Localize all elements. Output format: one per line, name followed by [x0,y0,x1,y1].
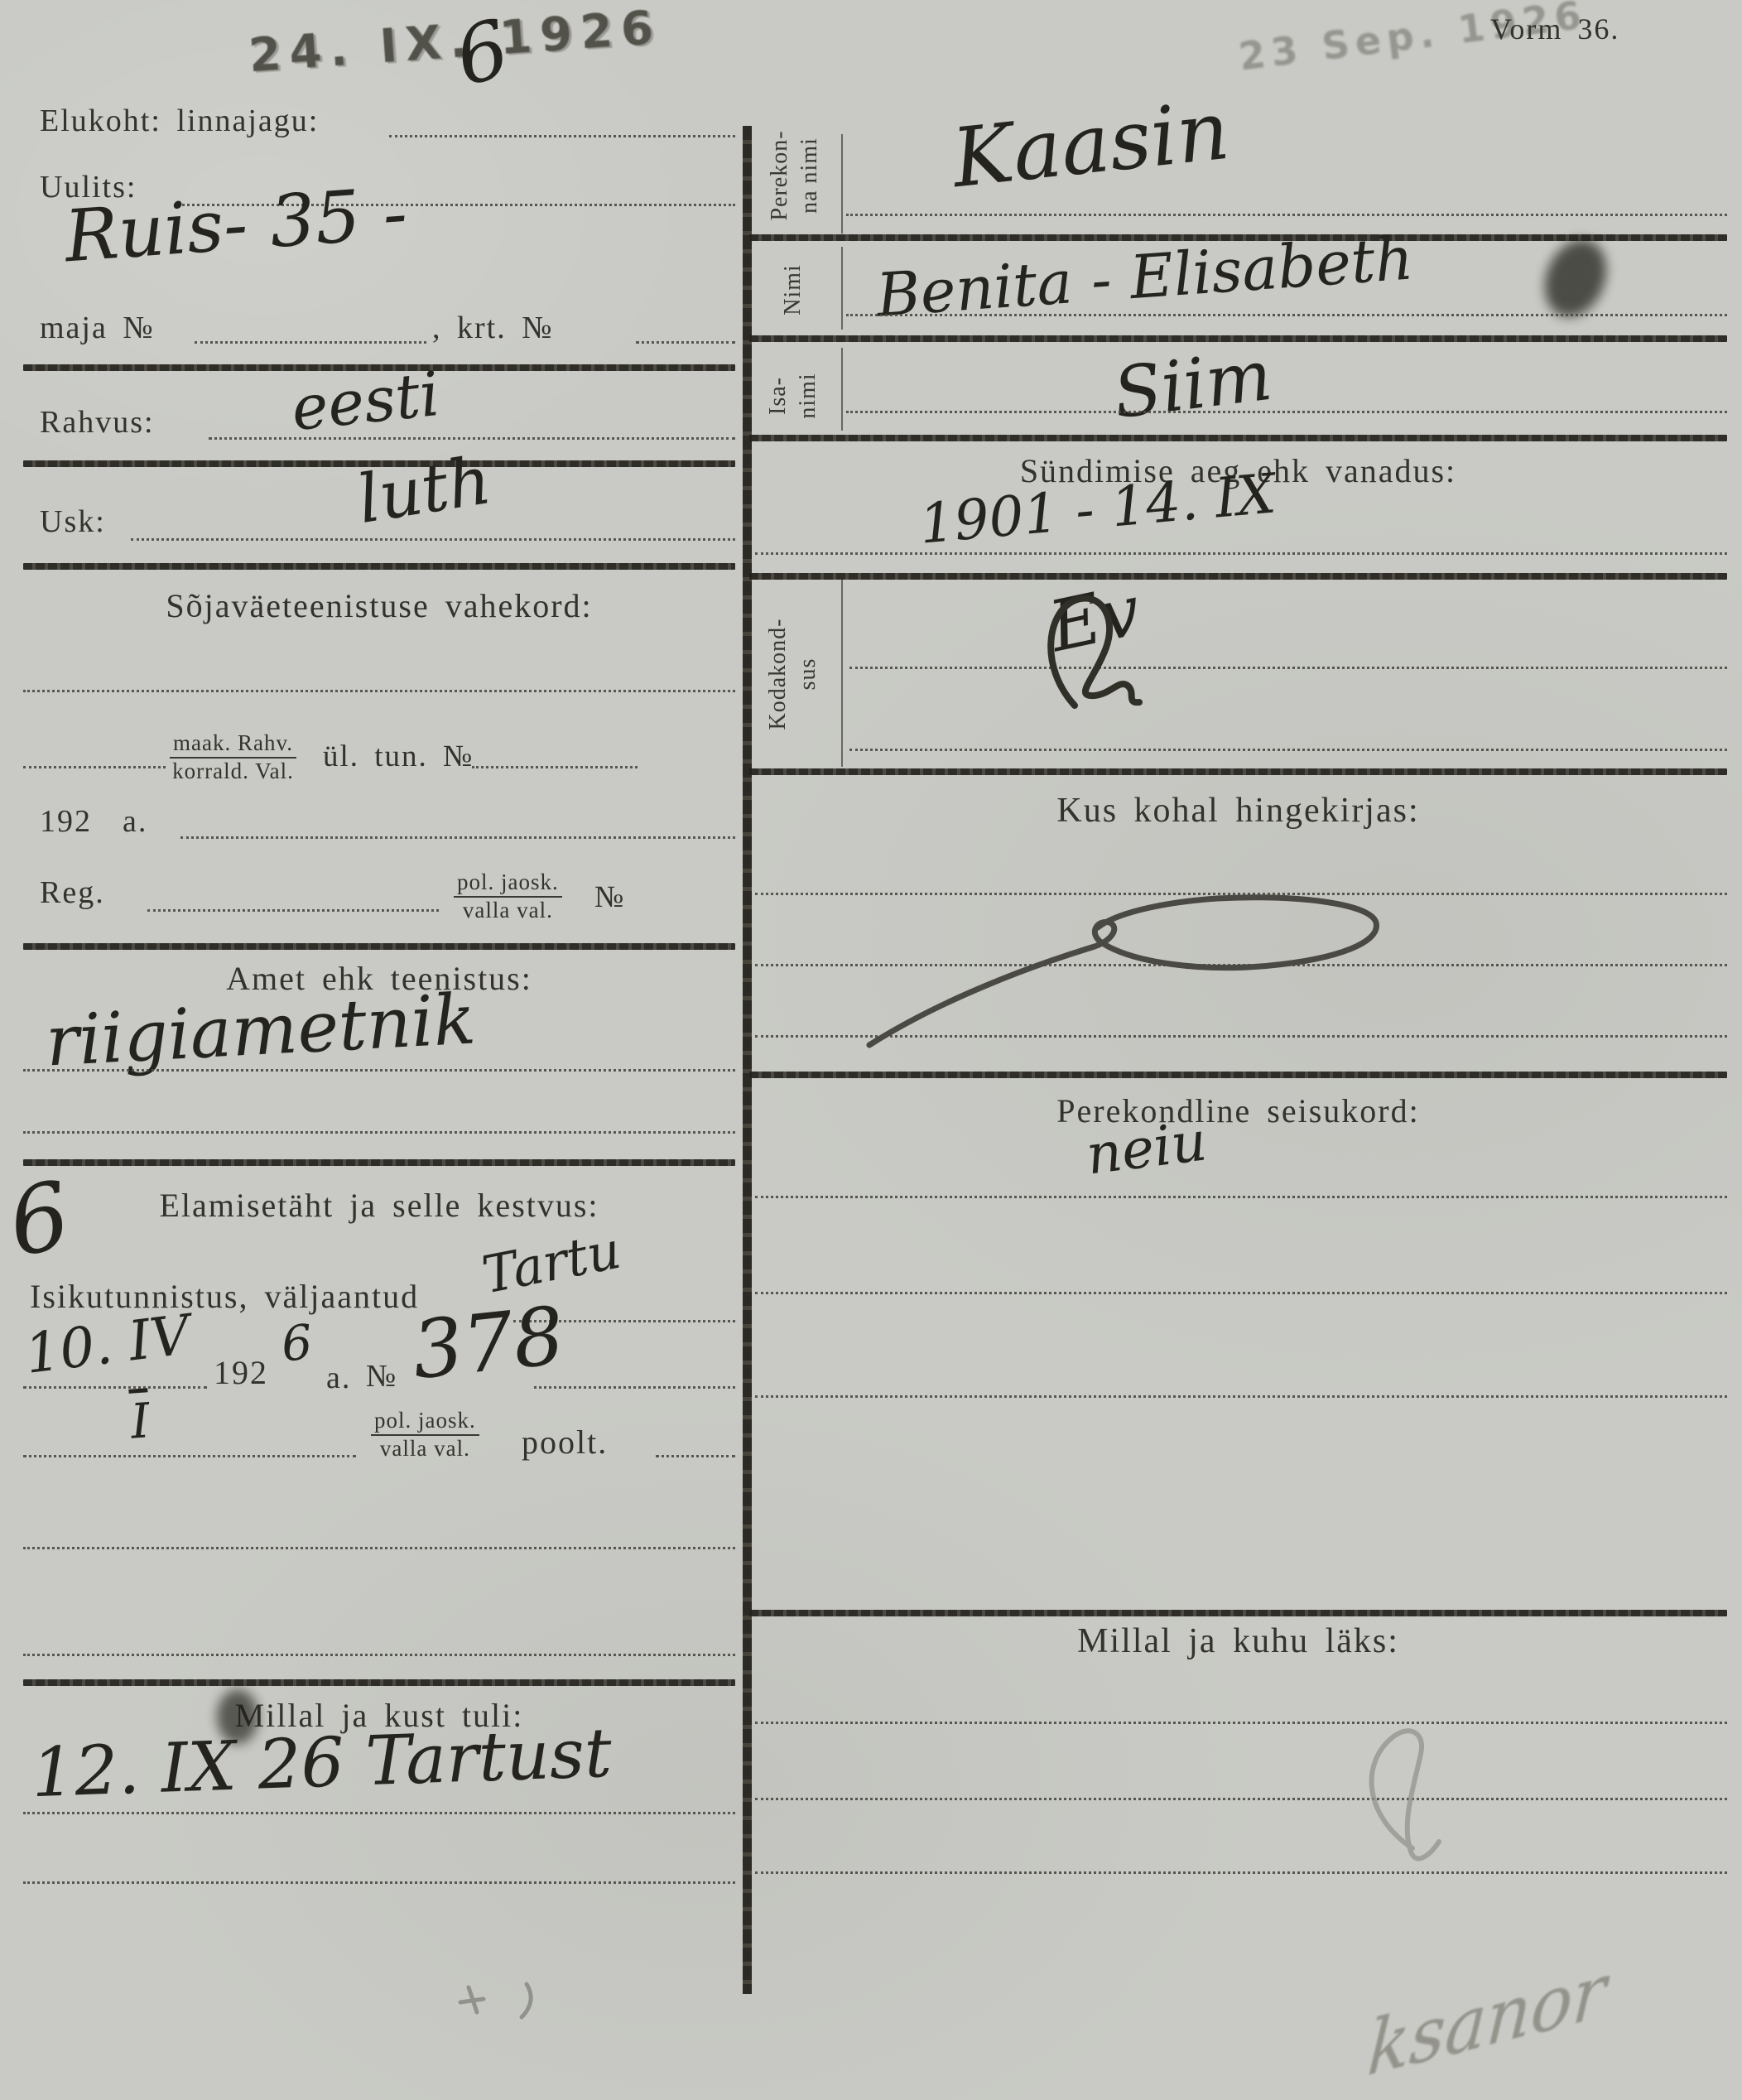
issue-year-handwriting: 6 [279,1314,315,1373]
poolt-label: poolt. [522,1423,608,1462]
perekonnanimi-label: Perekon- na nimi [765,113,825,238]
dotted-line [755,1798,1727,1800]
dotted-line [23,690,735,692]
column-divider [743,126,752,1994]
margin-numeral-handwriting: 6 [1,1162,78,1278]
dotted-line [23,1455,356,1457]
rule [749,768,1727,775]
pencil-flourish [1372,1731,1439,1858]
nimi-label: Nimi [778,248,808,331]
issue-no-handwriting: 378 [408,1289,569,1398]
dotted-line [23,1547,735,1549]
usk-label: Usk: [40,503,106,540]
dotted-line [23,1386,207,1389]
label-separator [841,348,843,431]
dotted-line [755,552,1727,555]
dotted-line [755,1395,1727,1398]
dotted-line [389,135,735,137]
dotted-line [23,1654,735,1656]
issue-a-label: a. [326,1360,351,1396]
poolt-mark-handwriting: I [129,1392,152,1449]
form-number: Vorm 36. [1490,12,1619,46]
maak-rahv-fraction: maak. Rahv. korrald. Val. [170,730,296,784]
elukoht-label: Elukoht: linnajagu: [40,103,319,139]
dotted-line [23,1812,735,1814]
dotted-line [849,667,1727,669]
pol-jaosk-fraction: pol. jaosk. valla val. [454,869,562,923]
isanimi-label: Isa- nimi [763,354,823,437]
dotted-line [846,214,1727,216]
issue-year-printed: 192 [214,1353,268,1392]
ul-tun-label: ül. tun. № [323,739,474,774]
dotted-line [209,437,735,440]
rule [23,1679,735,1686]
reg-label: Reg. [40,874,105,911]
elamistaht-heading: Elamisetäht ja selle kestvus: [23,1186,735,1225]
dotted-line [23,1069,735,1072]
isanimi-handwriting: Siim [1109,335,1276,435]
dotted-line [755,1292,1727,1294]
registration-card: 24. IX. 1926 6 23 Sep. 1926 Vorm 36. Elu… [0,0,1742,2100]
maja-label: maja № [40,310,155,346]
rule [749,1072,1727,1078]
seisukord-handwriting: neiu [1083,1109,1210,1187]
dotted-line [131,538,735,541]
dotted-line [23,1881,735,1884]
dotted-line [23,1131,735,1134]
isikutunnistus-label: Isikutunnistus, väljaantud [30,1277,419,1316]
label-separator [841,580,843,767]
dotted-line [846,314,1727,316]
perekonnanimi-handwriting: Kaasin [948,84,1234,206]
dotted-line [755,893,1727,895]
pol-jaosk-fraction-2: pol. jaosk. valla val. [371,1408,479,1462]
ink-smudge [1534,230,1618,325]
dotted-line [472,766,638,768]
kodakondsus-handwriting: Ev [1042,570,1148,667]
rule [749,435,1727,441]
rahvus-handwriting: eesti [288,359,443,445]
dotted-line [656,1455,735,1457]
label-separator [841,247,843,330]
dotted-line [846,411,1727,413]
rule [23,563,735,570]
rahvus-label: Rahvus: [40,404,155,441]
rule [749,573,1727,580]
reg-no-label: № [594,879,625,915]
rule [749,1610,1727,1616]
pencil-note-handwriting: ksanor [1365,1948,1609,2093]
dotted-line [534,1386,735,1389]
dotted-line [849,749,1727,751]
dotted-line [636,341,735,344]
dotted-line [147,909,439,912]
dotted-line [755,1035,1727,1038]
year-line: 192 a. [40,803,147,840]
issue-no-label: № [366,1358,397,1394]
usk-handwriting: luth [353,441,496,538]
sojavaeteenistus-heading: Sõjaväeteenistuse vahekord: [23,586,735,625]
dotted-line [195,341,426,344]
dotted-line [180,836,735,839]
dotted-line [755,1871,1727,1874]
rule [23,943,735,950]
pencil-marks [460,1984,531,2017]
dotted-line [755,964,1727,966]
dotted-line [755,1722,1727,1724]
krt-label: , krt. № [432,310,553,346]
kodakondsus-label: Kodakond- sus [763,587,823,761]
hingekirjas-flourish [869,898,1376,1045]
dotted-line [23,766,166,768]
seisukord-heading: Perekondline seisukord: [749,1091,1727,1130]
rule [23,1159,735,1166]
label-separator [841,134,843,234]
millal-laks-heading: Millal ja kuhu läks: [749,1621,1727,1661]
hingekirjas-heading: Kus kohal hingekirjas: [749,791,1727,831]
dotted-line [755,1196,1727,1198]
